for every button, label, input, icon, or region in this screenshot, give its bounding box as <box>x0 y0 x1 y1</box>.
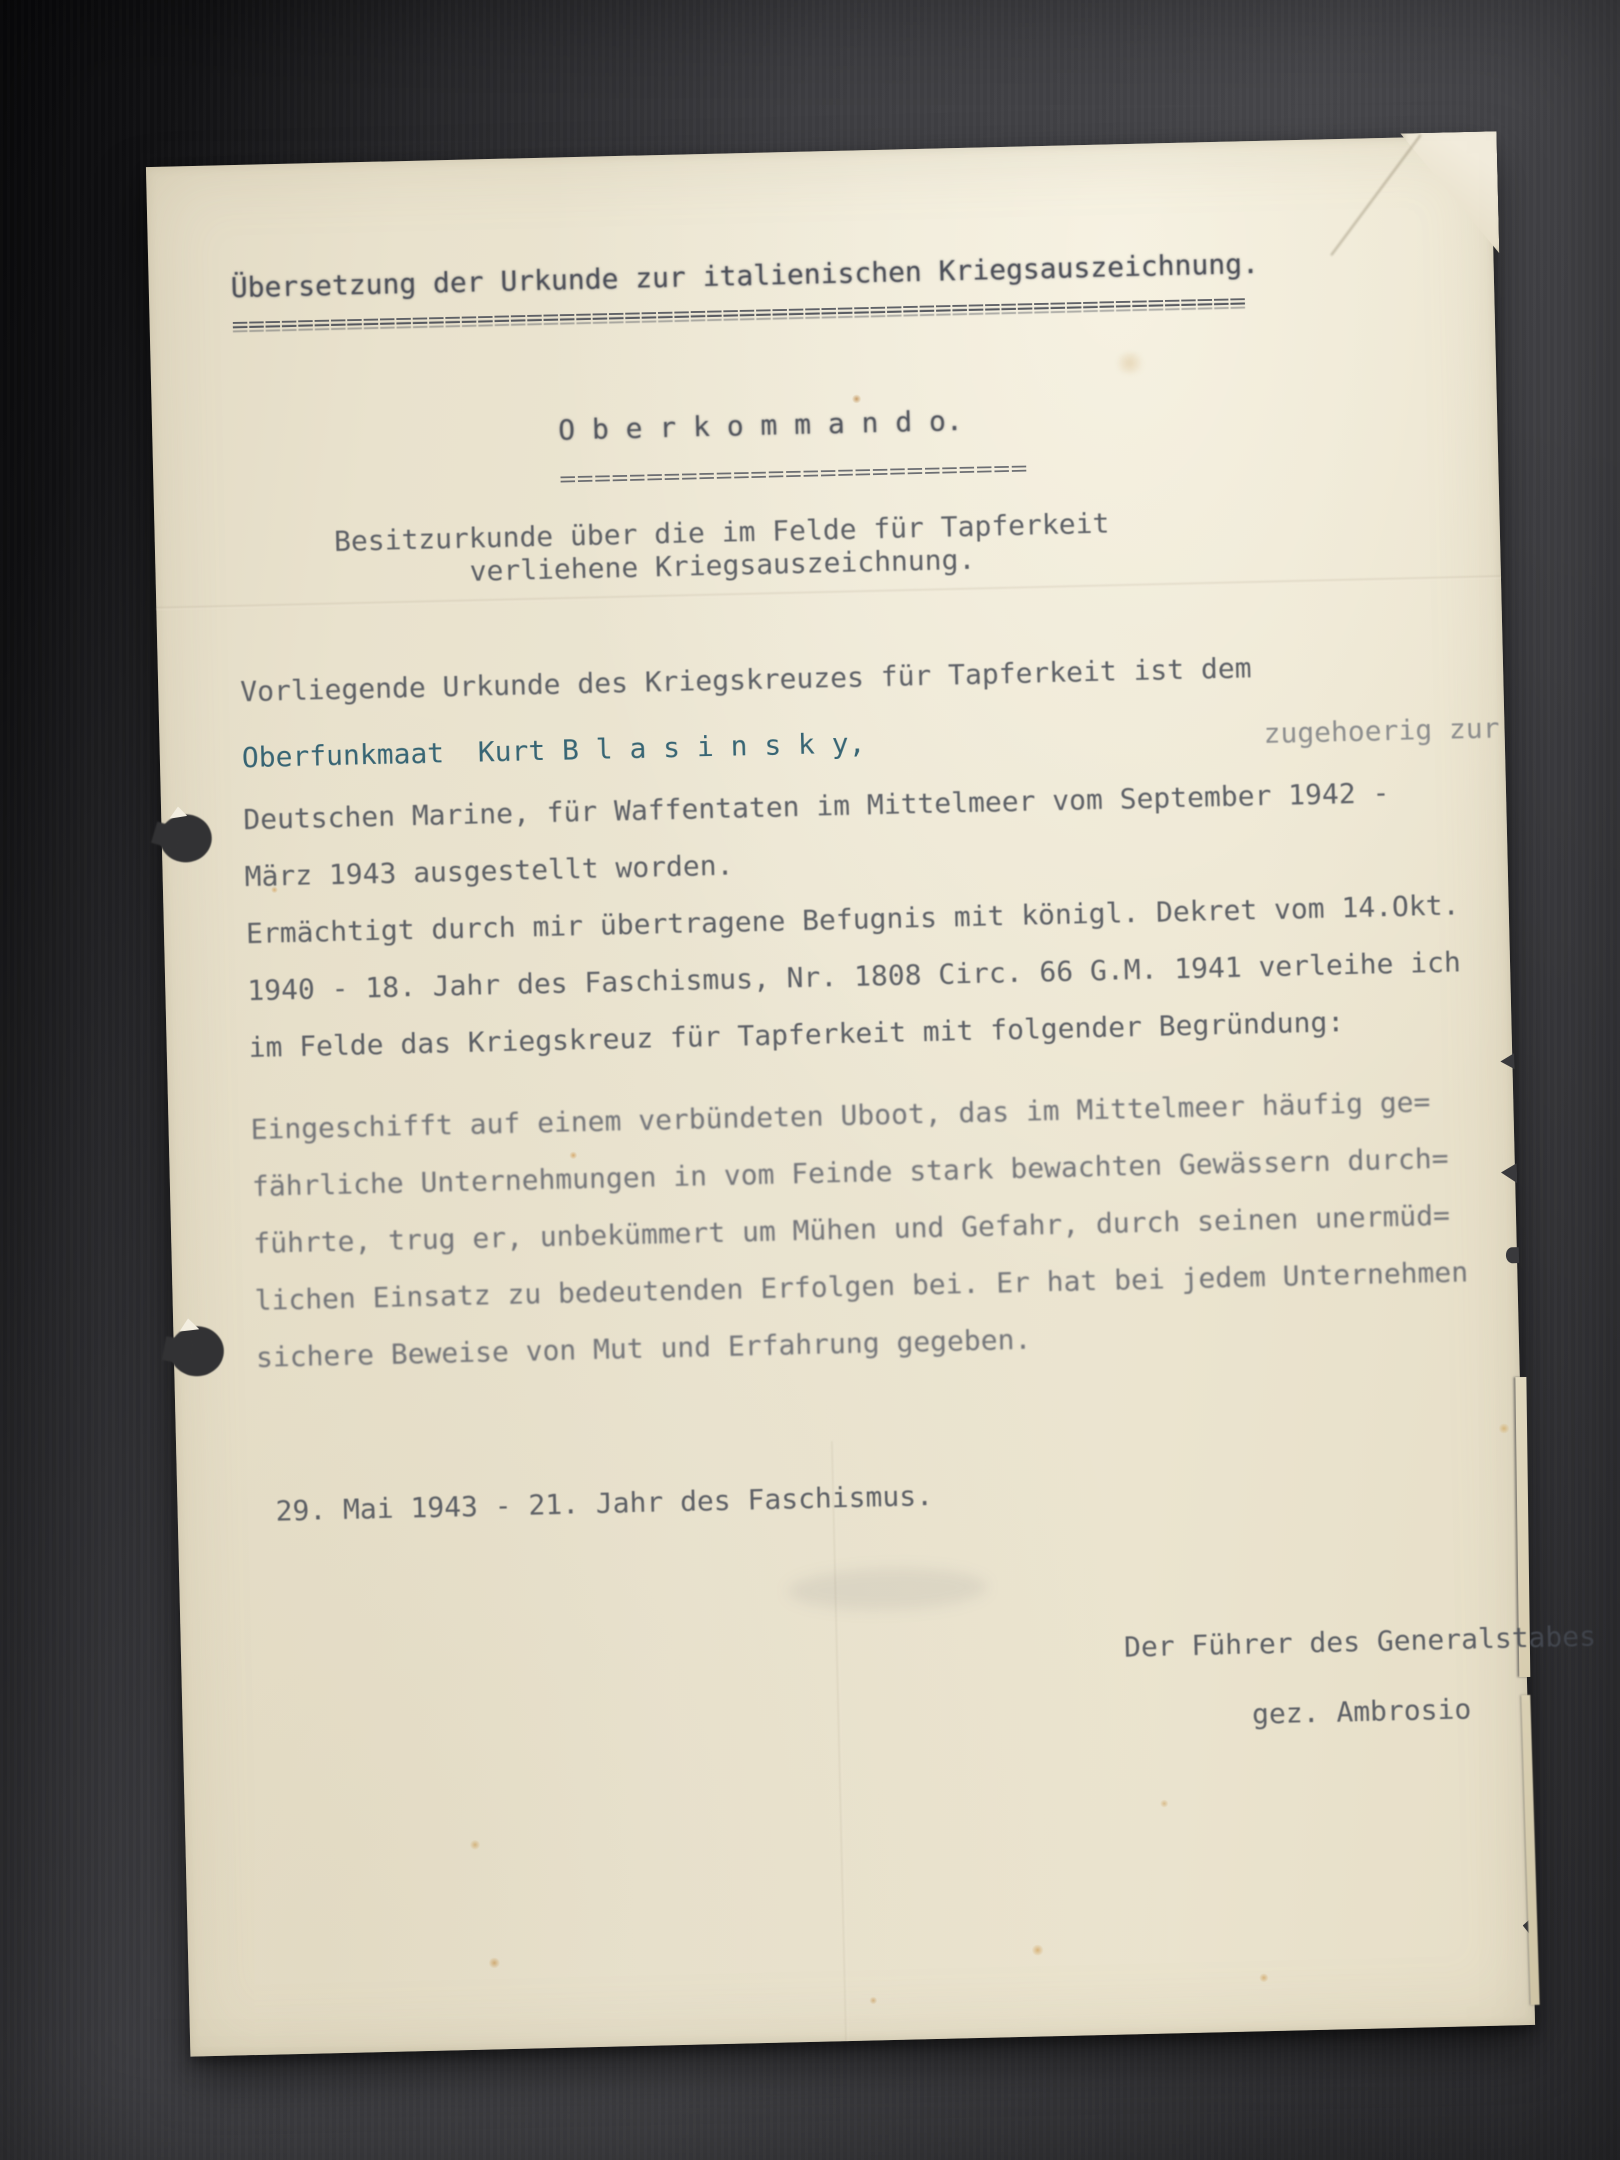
recipient-name: Oberfunkmaat Kurt B l a s i n s k y, <box>241 714 866 786</box>
recipient-note: zugehoerig zur <box>1263 699 1500 762</box>
photo-backdrop: Übersetzung der Urkunde zur italienische… <box>0 0 1620 2160</box>
signature-name: gez. Ambrosio <box>1120 1671 1604 1752</box>
subtitle-block: Besitzurkunde über die im Felde für Tapf… <box>326 506 1117 591</box>
date-line-block: 29. Mai 1943 - 21. Jahr des Faschismus. <box>275 1479 933 1527</box>
signature-title: Der Führer des Generalstabes <box>1118 1601 1602 1682</box>
signature-block: Der Führer des Generalstabes gez. Ambros… <box>1118 1601 1603 1752</box>
document-title-block: Übersetzung der Urkunde zur italienische… <box>230 245 1341 341</box>
typed-document: Übersetzung der Urkunde zur italienische… <box>146 135 1535 2056</box>
date-line: 29. Mai 1943 - 21. Jahr des Faschismus. <box>275 1479 933 1527</box>
certificate-paper: Übersetzung der Urkunde zur italienische… <box>146 135 1535 2056</box>
citation-paragraph: Eingeschifft auf einem verbündeten Uboot… <box>250 1071 1526 1386</box>
oberkommando-heading-block: O b e r k o m m a n d o. ===============… <box>558 402 1028 495</box>
oberkommando-heading: O b e r k o m m a n d o. <box>558 402 1027 446</box>
award-paragraph: Vorliegende Urkunde des Kriegskreuzes fü… <box>240 633 1507 1076</box>
heading-underline-dashes: =========================== <box>559 456 1028 492</box>
